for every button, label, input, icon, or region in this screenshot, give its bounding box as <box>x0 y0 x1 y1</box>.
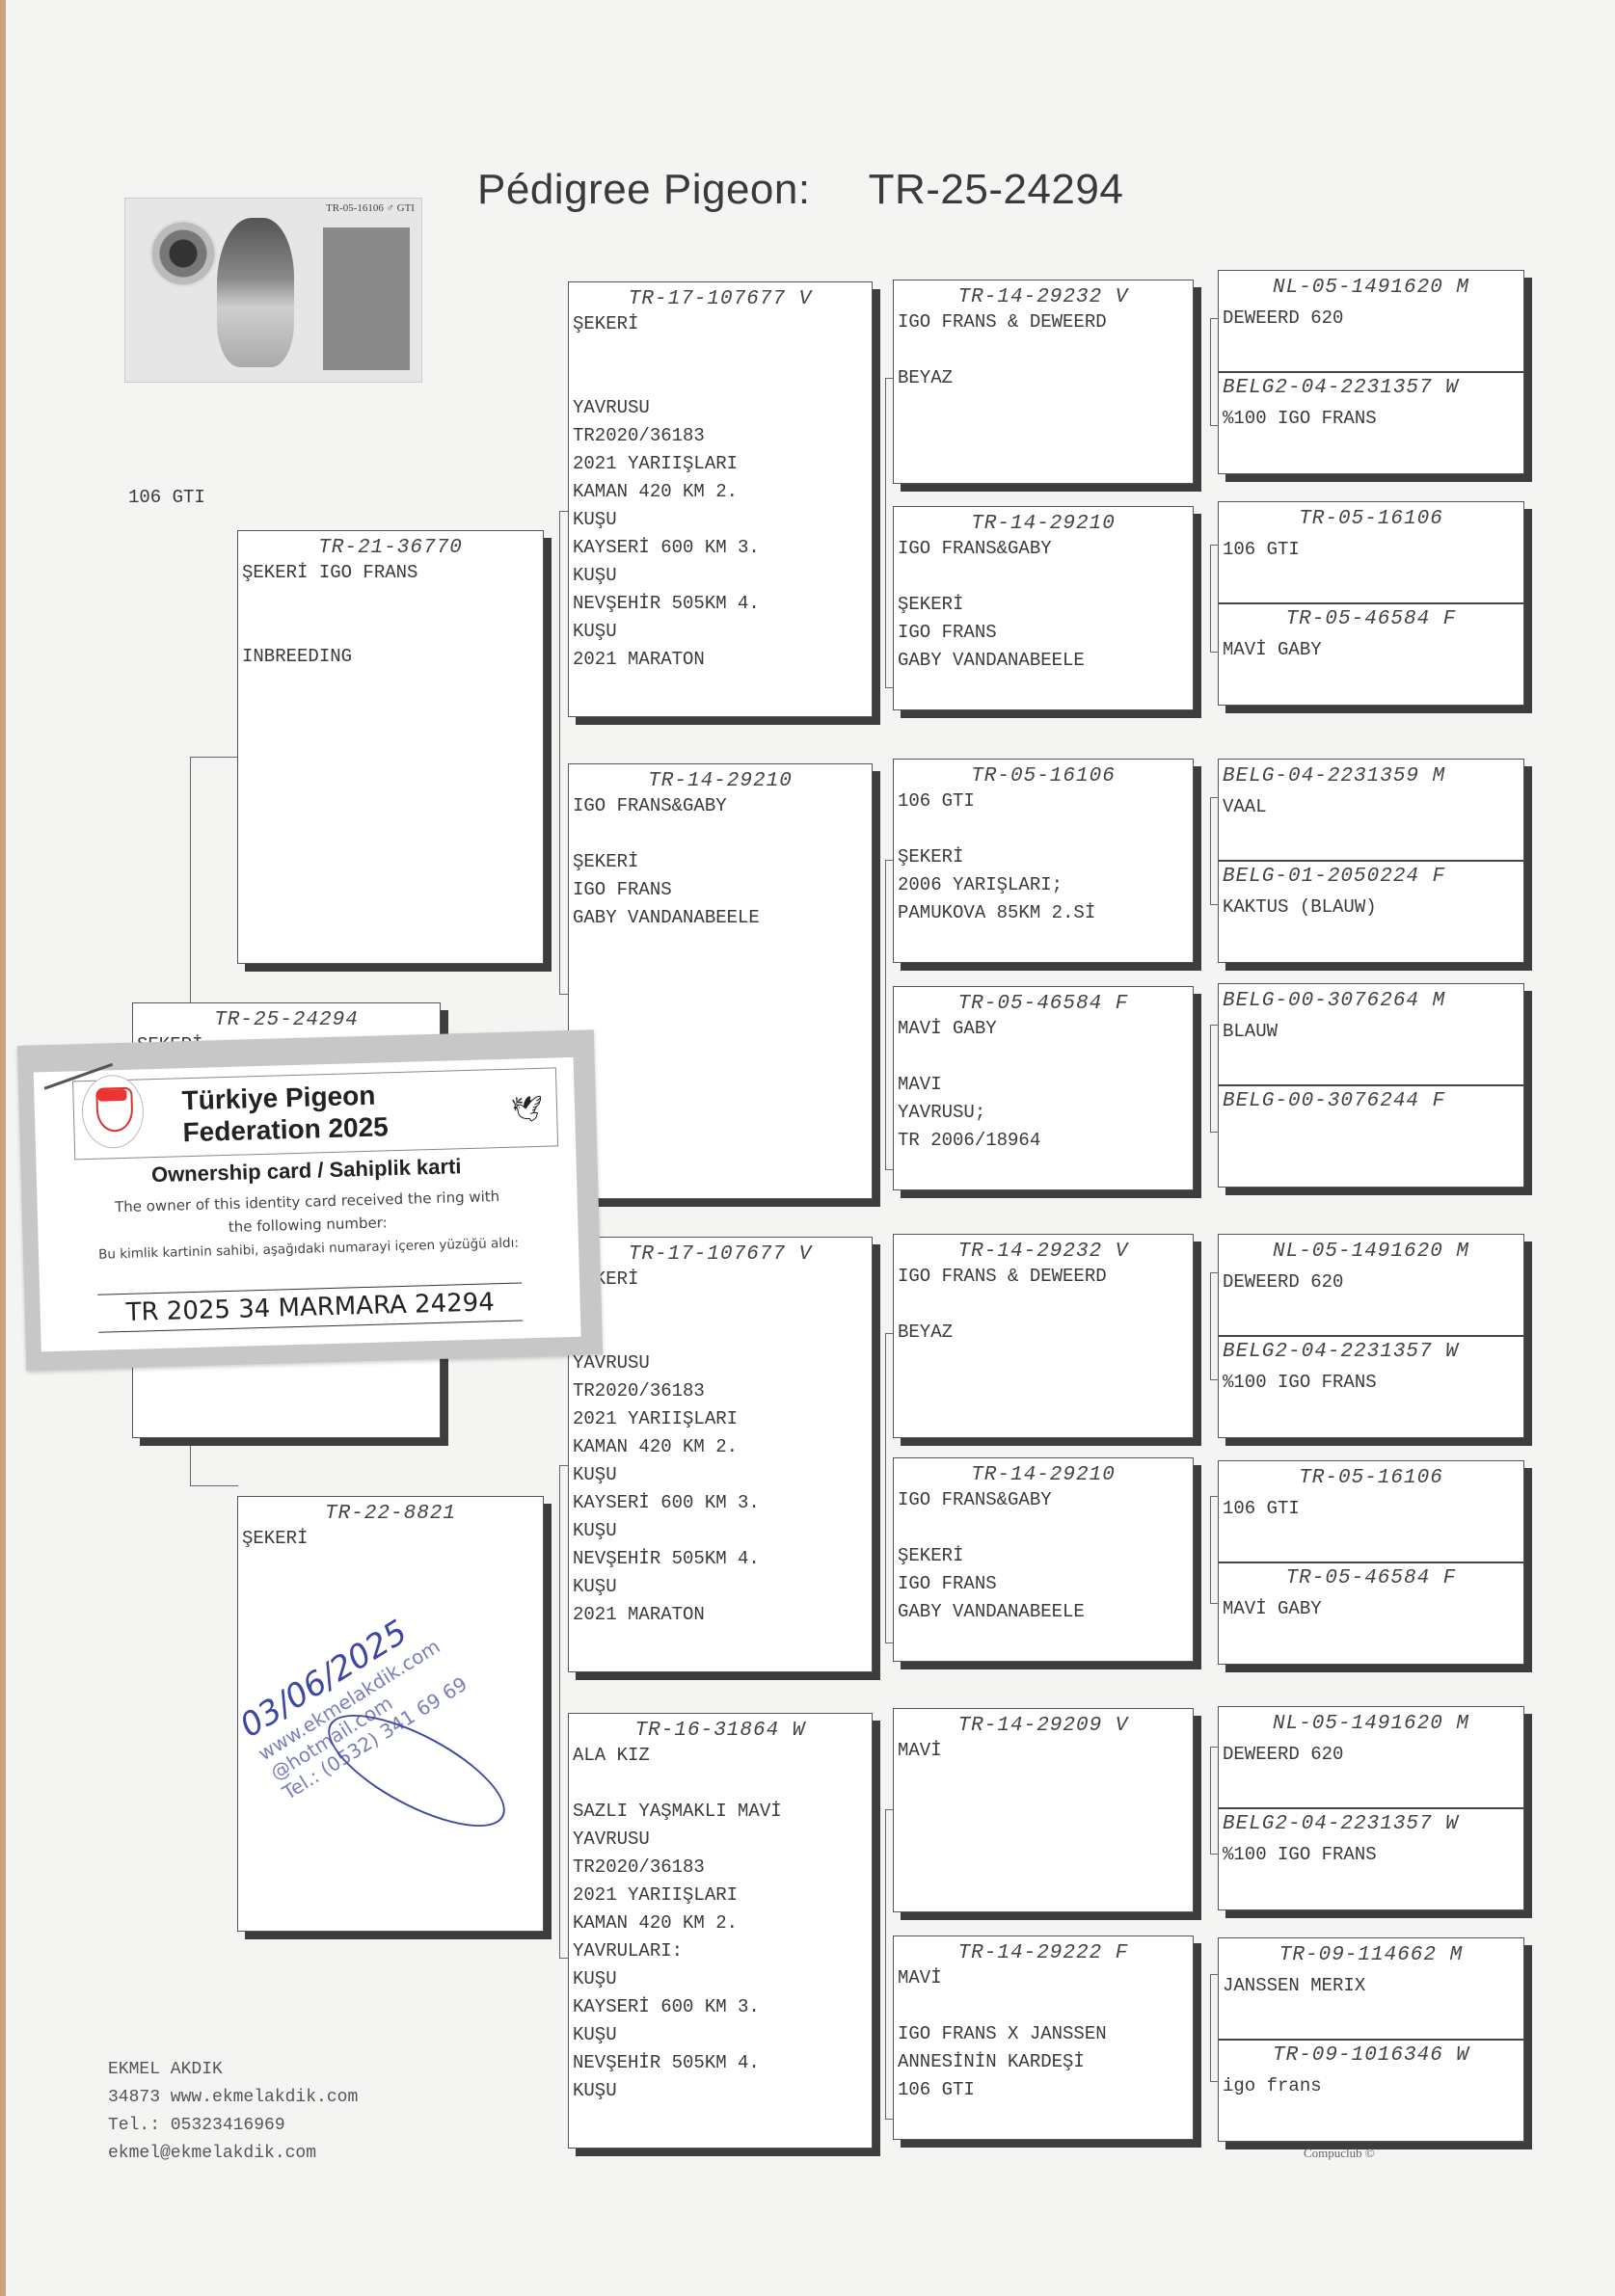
ring-number: NL-05-1491620 M <box>1219 1241 1523 1263</box>
gen4-pair-box: TR-09-114662 MJANSSEN MERIXTR-09-1016346… <box>1218 1937 1524 2142</box>
connector <box>885 1809 894 2120</box>
breeder-footer: EKMEL AKDIK 34873 www.ekmelakdik.com Tel… <box>108 2056 358 2168</box>
breeder-address[interactable]: 34873 www.ekmelakdik.com <box>108 2084 358 2112</box>
pigeon-emblem-icon: 🕊 <box>511 1094 544 1125</box>
connector <box>1210 1025 1219 1133</box>
ancestor-name: 106 GTI <box>1219 536 1523 564</box>
ownership-card-body: Türkiye Pigeon Federation 2025 🕊 Ownersh… <box>34 1057 581 1352</box>
pigeon-note: 2006 YARIŞLARI; <box>894 871 1193 899</box>
gen4-pair-box: TR-05-16106106 GTITR-05-46584 FMAVİ GABY <box>1218 501 1524 706</box>
pigeon-eye-image <box>149 220 217 287</box>
ring-number: TR-17-107677 V <box>569 288 872 310</box>
pigeon-note: TR2020/36183 <box>569 1854 872 1882</box>
gen4-ancestor: NL-05-1491620 MDEWEERD 620 <box>1219 271 1523 371</box>
ring-number: TR-05-16106 <box>1219 508 1523 530</box>
ring-number: TR-14-29210 <box>894 1464 1193 1486</box>
connector <box>1210 1747 1219 1855</box>
gen3-box: TR-14-29232 VIGO FRANS & DEWEERDBEYAZ <box>893 280 1194 484</box>
pigeon-note: KAYSERİ 600 KM 3. <box>569 534 872 562</box>
ring-number: NL-05-1491620 M <box>1219 1713 1523 1735</box>
federation-logo-icon <box>81 1074 145 1149</box>
ancestor-name: 106 GTI <box>1219 1495 1523 1523</box>
pigeon-note: TR2020/36183 <box>569 1377 872 1405</box>
title-ring-number: TR-25-24294 <box>869 166 1124 213</box>
photo-info-panel <box>323 227 410 370</box>
pigeon-note: KAMAN 420 KM 2. <box>569 478 872 506</box>
ring-number: TR-05-46584 F <box>894 993 1193 1015</box>
gen4-pair-box: NL-05-1491620 MDEWEERD 620BELG2-04-22313… <box>1218 270 1524 474</box>
pigeon-note: INBREEDING <box>238 643 543 671</box>
pigeon-note: ŞEKERİ <box>894 843 1193 871</box>
pigeon-note: KAMAN 420 KM 2. <box>569 1433 872 1461</box>
pigeon-note: ALA KIZ <box>569 1742 872 1770</box>
ancestor-name: %100 IGO FRANS <box>1219 1841 1523 1869</box>
pigeon-note: ŞEKERİ IGO FRANS <box>238 559 543 587</box>
ring-number: TR-09-1016346 W <box>1219 2044 1523 2067</box>
pigeon-note: IGO FRANS & DEWEERD <box>894 1263 1193 1291</box>
gen4-ancestor: BELG-01-2050224 FKAKTUS (BLAUW) <box>1219 860 1523 960</box>
connector <box>885 860 894 1170</box>
ring-number: TR-14-29210 <box>569 770 872 792</box>
pigeon-note: IGO FRANS&GABY <box>894 535 1193 563</box>
ancestor-name: igo frans <box>1219 2072 1523 2100</box>
pigeon-note: 106 GTI <box>894 2076 1193 2104</box>
pigeon-note: IGO FRANS&GABY <box>569 792 872 820</box>
card-ring-number: TR 2025 34 MARMARA 24294 <box>97 1282 523 1332</box>
spacer <box>894 336 1193 364</box>
ancestor-name: %100 IGO FRANS <box>1219 1369 1523 1397</box>
card-header: Türkiye Pigeon Federation 2025 🕊 <box>72 1067 558 1160</box>
gen4-ancestor: TR-05-46584 FMAVİ GABY <box>1219 1562 1523 1662</box>
pigeon-note: BEYAZ <box>894 364 1193 392</box>
pigeon-note: KUŞU <box>569 618 872 646</box>
ring-number: TR-05-16106 <box>1219 1467 1523 1489</box>
pigeon-note: KAYSERİ 600 KM 3. <box>569 1489 872 1517</box>
pigeon-note: KUŞU <box>569 1461 872 1489</box>
gen4-ancestor: BELG-00-3076264 MBLAUW <box>1219 984 1523 1084</box>
pigeon-note: ŞEKERİ <box>894 591 1193 619</box>
connector <box>885 1333 894 1643</box>
gen4-ancestor: TR-09-1016346 Wigo frans <box>1219 2039 1523 2139</box>
pigeon-note: IGO FRANS <box>894 619 1193 647</box>
gen4-ancestor: BELG-04-2231359 MVAAL <box>1219 760 1523 860</box>
gen4-pair-box: BELG-00-3076264 MBLAUWBELG-00-3076244 F <box>1218 983 1524 1188</box>
connector <box>1210 545 1219 653</box>
ring-number: TR-05-46584 F <box>1219 608 1523 630</box>
connector <box>1210 318 1219 426</box>
pigeon-note: GABY VANDANABEELE <box>894 647 1193 675</box>
ring-number: BELG2-04-2231357 W <box>1219 1813 1523 1835</box>
pigeon-note: IGO FRANS & DEWEERD <box>894 308 1193 336</box>
pigeon-note: KUŞU <box>569 1965 872 1993</box>
pigeon-note: ŞEKERİ <box>569 848 872 876</box>
connector <box>1210 1496 1219 1604</box>
page-title: Pédigree Pigeon:TR-25-24294 <box>477 166 1123 214</box>
ring-number: TR-14-29232 V <box>894 286 1193 308</box>
gen3-box: TR-14-29209 VMAVİ <box>893 1708 1194 1912</box>
ancestor-name: VAAL <box>1219 793 1523 821</box>
pigeon-note: NEVŞEHİR 505KM 4. <box>569 590 872 618</box>
divider <box>1219 860 1523 862</box>
ring-number: BELG-04-2231359 M <box>1219 765 1523 788</box>
dam-sire-box: TR-17-107677 VŞEKERİYAVRUSUTR2020/361832… <box>568 1237 873 1672</box>
ancestor-name: BLAUW <box>1219 1018 1523 1046</box>
pigeon-note: 106 GTI <box>894 788 1193 815</box>
gen3-box: TR-05-16106106 GTIŞEKERİ2006 YARIŞLARI;P… <box>893 759 1194 963</box>
pigeon-note: KAMAN 420 KM 2. <box>569 1909 872 1937</box>
ancestor-name: DEWEERD 620 <box>1219 305 1523 333</box>
ring-number: TR-25-24294 <box>133 1009 440 1031</box>
dam-dam-box: TR-16-31864 WALA KIZSAZLI YAŞMAKLI MAVİY… <box>568 1713 873 2149</box>
pigeon-note: MAVİ GABY <box>894 1015 1193 1043</box>
divider <box>1219 1562 1523 1563</box>
spacer <box>894 1992 1193 2020</box>
spacer <box>238 587 543 615</box>
gen4-pair-box: TR-05-16106106 GTITR-05-46584 FMAVİ GABY <box>1218 1460 1524 1665</box>
pigeon-note: NEVŞEHİR 505KM 4. <box>569 1545 872 1573</box>
pigeon-note: GABY VANDANABEELE <box>894 1598 1193 1626</box>
ancestor-name: %100 IGO FRANS <box>1219 405 1523 433</box>
gen3-box: TR-14-29232 VIGO FRANS & DEWEERDBEYAZ <box>893 1234 1194 1438</box>
ring-number: TR-17-107677 V <box>569 1243 872 1266</box>
divider <box>1219 2039 1523 2041</box>
spacer <box>894 815 1193 843</box>
spacer <box>569 366 872 394</box>
sire-dam-box: TR-14-29210IGO FRANS&GABYŞEKERİIGO FRANS… <box>568 763 873 1199</box>
connector <box>1210 1272 1219 1380</box>
gen4-pair-box: NL-05-1491620 MDEWEERD 620BELG2-04-22313… <box>1218 1234 1524 1438</box>
ancestor-name: JANSSEN MERIX <box>1219 1972 1523 2000</box>
pigeon-note: BEYAZ <box>894 1319 1193 1347</box>
ring-number: BELG2-04-2231357 W <box>1219 377 1523 399</box>
gen3-box: TR-14-29210IGO FRANS&GABYŞEKERİIGO FRANS… <box>893 506 1194 710</box>
pigeon-note: KUŞU <box>569 562 872 590</box>
pigeon-note: 2021 YARIIŞLARI <box>569 450 872 478</box>
ring-number: BELG-00-3076244 F <box>1219 1090 1523 1112</box>
pigeon-note: KUŞU <box>569 1573 872 1601</box>
page-edge <box>0 0 6 2296</box>
gen4-ancestor: BELG2-04-2231357 W%100 IGO FRANS <box>1219 1807 1523 1908</box>
ring-number: TR-14-29210 <box>894 513 1193 535</box>
software-brand: Compuclub © <box>1304 2146 1375 2161</box>
gen3-box: TR-14-29222 FMAVİIGO FRANS X JANSSENANNE… <box>893 1936 1194 2140</box>
pigeon-note: 2021 YARIIŞLARI <box>569 1405 872 1433</box>
pigeon-note: ŞEKERİ <box>569 1266 872 1294</box>
connector <box>885 378 894 688</box>
pigeon-note: TR2020/36183 <box>569 422 872 450</box>
ring-number: TR-05-16106 <box>894 765 1193 788</box>
ring-number: TR-16-31864 W <box>569 1720 872 1742</box>
pigeon-note: IGO FRANS X JANSSEN <box>894 2020 1193 2048</box>
pigeon-note: YAVRUSU <box>569 1349 872 1377</box>
gen4-ancestor: TR-05-16106106 GTI <box>1219 1461 1523 1562</box>
gen4-pair-box: BELG-04-2231359 MVAALBELG-01-2050224 FKA… <box>1218 759 1524 963</box>
pigeon-note: YAVRUSU <box>569 394 872 422</box>
photo-tag: TR-05-16106 ♂ GTI <box>326 202 415 214</box>
connector <box>1210 1974 1219 2082</box>
card-title-line2: Federation 2025 <box>182 1110 389 1148</box>
pigeon-note: IGO FRANS <box>894 1570 1193 1598</box>
pigeon-note: YAVRULARI: <box>569 1937 872 1965</box>
gen3-box: TR-05-46584 FMAVİ GABYMAVIYAVRUSU;TR 200… <box>893 986 1194 1190</box>
crescent-icon <box>97 1089 126 1102</box>
breeder-phone: Tel.: 05323416969 <box>108 2112 358 2140</box>
divider <box>1219 371 1523 373</box>
pigeon-note: KUŞU <box>569 2021 872 2049</box>
card-title: Türkiye Pigeon Federation 2025 <box>181 1079 389 1148</box>
pigeon-note: GABY VANDANABEELE <box>569 904 872 932</box>
sire-sire-box: TR-17-107677 VŞEKERİYAVRUSUTR2020/361832… <box>568 281 873 717</box>
breeder-email[interactable]: ekmel@ekmelakdik.com <box>108 2140 358 2168</box>
pigeon-note: ŞEKERİ <box>569 310 872 338</box>
gen4-ancestor: TR-05-46584 FMAVİ GABY <box>1219 602 1523 703</box>
ancestor-name: DEWEERD 620 <box>1219 1268 1523 1296</box>
breeder-name: EKMEL AKDIK <box>108 2056 358 2084</box>
ring-number: TR-14-29209 V <box>894 1715 1193 1737</box>
pigeon-note: ŞEKERİ <box>238 1525 543 1553</box>
pigeon-note: MAVİ <box>894 1737 1193 1765</box>
gen4-ancestor: BELG2-04-2231357 W%100 IGO FRANS <box>1219 371 1523 471</box>
pigeon-note: 2021 MARATON <box>569 1601 872 1629</box>
divider <box>1219 1335 1523 1337</box>
pigeon-note: YAVRUSU <box>569 1826 872 1854</box>
spacer <box>569 1770 872 1798</box>
ring-number: TR-14-29222 F <box>894 1942 1193 1964</box>
ring-number: TR-09-114662 M <box>1219 1944 1523 1966</box>
ring-number: NL-05-1491620 M <box>1219 277 1523 299</box>
pigeon-note: KUŞU <box>569 506 872 534</box>
pigeon-note: ŞEKERİ <box>894 1542 1193 1570</box>
ring-number: BELG2-04-2231357 W <box>1219 1341 1523 1363</box>
pigeon-note: MAVİ <box>894 1964 1193 1992</box>
ring-number: BELG-01-2050224 F <box>1219 866 1523 888</box>
spacer <box>894 563 1193 591</box>
spacer <box>569 1294 872 1322</box>
pigeon-photo: TR-05-16106 ♂ GTI <box>124 198 422 383</box>
ancestor-name: DEWEERD 620 <box>1219 1741 1523 1769</box>
pigeon-note: SAZLI YAŞMAKLI MAVİ <box>569 1798 872 1826</box>
pigeon-note: KAYSERİ 600 KM 3. <box>569 1993 872 2021</box>
gen3-box: TR-14-29210IGO FRANS&GABYŞEKERİIGO FRANS… <box>893 1457 1194 1662</box>
gen4-ancestor: BELG-00-3076244 F <box>1219 1084 1523 1185</box>
spacer <box>894 1514 1193 1542</box>
gen4-ancestor: TR-09-114662 MJANSSEN MERIX <box>1219 1938 1523 2039</box>
pigeon-note: YAVRUSU; <box>894 1099 1193 1127</box>
ancestor-name: MAVİ GABY <box>1219 1595 1523 1623</box>
spacer <box>238 615 543 643</box>
ring-number: TR-22-8821 <box>238 1503 543 1525</box>
ring-number: TR-14-29232 V <box>894 1241 1193 1263</box>
side-note: 106 GTI <box>128 487 205 508</box>
pigeon-note: IGO FRANS <box>569 876 872 904</box>
pigeon-note: 2021 MARATON <box>569 646 872 674</box>
spacer <box>569 1322 872 1349</box>
ancestor-name: KAKTUS (BLAUW) <box>1219 894 1523 921</box>
spacer <box>569 338 872 366</box>
pigeon-note: TR 2006/18964 <box>894 1127 1193 1155</box>
gen4-pair-box: NL-05-1491620 MDEWEERD 620BELG2-04-22313… <box>1218 1706 1524 1910</box>
spacer <box>894 1043 1193 1071</box>
ring-number: BELG-00-3076264 M <box>1219 990 1523 1012</box>
pigeon-note: MAVI <box>894 1071 1193 1099</box>
gen4-ancestor: TR-05-16106106 GTI <box>1219 502 1523 602</box>
divider <box>1219 1807 1523 1809</box>
pigeon-note: KUŞU <box>569 1517 872 1545</box>
pigeon-note: ANNESİNİN KARDEŞİ <box>894 2048 1193 2076</box>
ring-number: TR-21-36770 <box>238 537 543 559</box>
pigeon-note: 2021 YARIIŞLARI <box>569 1882 872 1909</box>
pigeon-note: PAMUKOVA 85KM 2.Sİ <box>894 899 1193 927</box>
ring-number: TR-05-46584 F <box>1219 1567 1523 1589</box>
spacer <box>894 1291 1193 1319</box>
ancestor-name: MAVİ GABY <box>1219 636 1523 664</box>
gen4-ancestor: NL-05-1491620 MDEWEERD 620 <box>1219 1707 1523 1807</box>
sire-box: TR-21-36770ŞEKERİ IGO FRANSINBREEDING <box>237 530 544 964</box>
title-label: Pédigree Pigeon: <box>477 166 811 213</box>
spacer <box>569 820 872 848</box>
ownership-card: Türkiye Pigeon Federation 2025 🕊 Ownersh… <box>17 1029 603 1371</box>
pigeon-note: KUŞU <box>569 2077 872 2105</box>
gen4-ancestor: BELG2-04-2231357 W%100 IGO FRANS <box>1219 1335 1523 1435</box>
pigeon-note: IGO FRANS&GABY <box>894 1486 1193 1514</box>
pigeon-body-image <box>217 218 294 367</box>
gen4-ancestor: NL-05-1491620 MDEWEERD 620 <box>1219 1235 1523 1335</box>
divider <box>1219 602 1523 604</box>
pigeon-note: NEVŞEHİR 505KM 4. <box>569 2049 872 2077</box>
connector <box>1210 797 1219 905</box>
divider <box>1219 1084 1523 1086</box>
